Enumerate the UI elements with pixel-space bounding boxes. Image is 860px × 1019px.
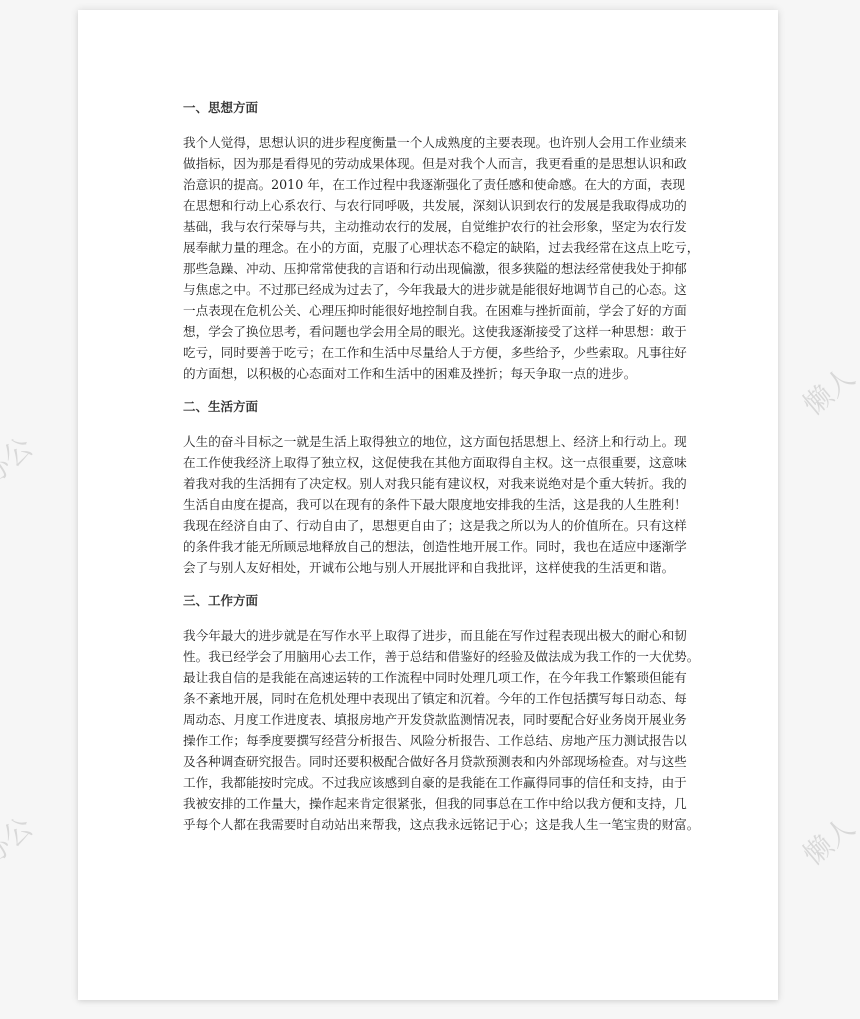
section-paragraph: 人生的奋斗目标之一就是生活上取得独立的地位，这方面包括思想上、经济上和行动上。现…: [183, 431, 675, 578]
text-line: 及各种调查研究报告。同时还要积极配合做好各月贷款预测表和内外部现场检查。对与这些: [183, 751, 673, 772]
section-heading: 二、生活方面: [183, 397, 675, 417]
text-line: 周动态、月度工作进度表、填报房地产开发贷款监测情况表，同时要配合好业务岗开展业务: [183, 709, 673, 730]
text-line: 性。我已经学会了用脑用心去工作，善于总结和借鉴好的经验及做法成为我工作的一大优势…: [183, 646, 673, 667]
text-line: 吃亏，同时要善于吃亏；在工作和生活中尽量给人于方便，多些给予，少些索取。凡事往好: [183, 342, 673, 363]
text-line: 我今年最大的进步就是在写作水平上取得了进步，而且能在写作过程表现出极大的耐心和韧: [183, 625, 673, 646]
watermark-right-top: 懒人: [794, 357, 860, 424]
watermark-left-top: 办公: [0, 427, 40, 494]
text-line: 想，学会了换位思考，看问题也学会用全局的眼光。这使我逐渐接受了这样一种思想：敢于: [183, 321, 673, 342]
text-line: 的方面想，以积极的心态面对工作和生活中的困难及挫折；每天争取一点的进步。: [183, 363, 673, 384]
section-paragraph: 我个人觉得，思想认识的进步程度衡量一个人成熟度的主要表现。也许别人会用工作业绩来…: [183, 132, 675, 384]
text-line: 展奉献力量的理念。在小的方面，克服了心理状态不稳定的缺陷，过去我经常在这点上吃亏…: [183, 237, 673, 258]
document-viewer[interactable]: 办公 办公 懒人 懒人 一、思想方面 我个人觉得，思想认识的进步程度衡量一个人成…: [0, 0, 860, 1019]
text-line: 在思想和行动上心系农行、与农行同呼吸，共发展，深刻认识到农行的发展是我取得成功的: [183, 195, 673, 216]
text-line: 治意识的提高。2010 年，在工作过程中我逐渐强化了责任感和使命感。在大的方面，…: [183, 174, 673, 195]
text-line: 在工作使我经济上取得了独立权，这促使我在其他方面取得自主权。这一点很重要，这意味: [183, 452, 673, 473]
section-thoughts: 一、思想方面 我个人觉得，思想认识的进步程度衡量一个人成熟度的主要表现。也许别人…: [183, 98, 675, 397]
text-line: 生活自由度在提高，我可以在现有的条件下最大限度地安排我的生活，这是我的人生胜利！: [183, 494, 673, 515]
text-line: 的条件我才能无所顾忌地释放自己的想法，创造性地开展工作。同时，我也在适应中逐渐学: [183, 536, 673, 557]
watermark-left-bottom: 办公: [0, 807, 40, 874]
section-work: 三、工作方面 我今年最大的进步就是在写作水平上取得了进步，而且能在写作过程表现出…: [183, 591, 675, 835]
text-line: 一点表现在危机公关、心理压抑时能很好地控制自我。在困难与挫折面前，学会了好的方面: [183, 300, 673, 321]
document-page: 一、思想方面 我个人觉得，思想认识的进步程度衡量一个人成熟度的主要表现。也许别人…: [78, 10, 778, 1000]
text-line: 与焦虑之中。不过那已经成为过去了，今年我最大的进步就是能很好地调节自己的心态。这: [183, 279, 673, 300]
text-line: 最让我自信的是我能在高速运转的工作流程中同时处理几项工作，在今年我工作繁琐但能有: [183, 667, 673, 688]
text-line: 会了与别人友好相处，开诚布公地与别人开展批评和自我批评，这样使我的生活更和谐。: [183, 557, 673, 578]
text-line: 着我对我的生活拥有了决定权。别人对我只能有建议权，对我来说绝对是个重大转折。我的: [183, 473, 673, 494]
text-line: 操作工作；每季度要撰写经营分析报告、风险分析报告、工作总结、房地产压力测试报告以: [183, 730, 673, 751]
text-line: 基础，我与农行荣辱与共，主动推动农行的发展，自觉维护农行的社会形象，坚定为农行发: [183, 216, 673, 237]
text-line: 乎每个人都在我需要时自动站出来帮我，这点我永远铭记于心；这是我人生一笔宝贵的财富…: [183, 814, 673, 835]
text-line: 工作，我都能按时完成。不过我应该感到自豪的是我能在工作赢得同事的信任和支持，由于: [183, 772, 673, 793]
text-line: 我现在经济自由了、行动自由了，思想更自由了；这是我之所以为人的价值所在。只有这样: [183, 515, 673, 536]
text-line: 做指标，因为那是看得见的劳动成果体现。但是对我个人而言，我更看重的是思想认识和政: [183, 153, 673, 174]
section-heading: 三、工作方面: [183, 591, 675, 611]
text-line: 条不紊地开展，同时在危机处理中表现出了镇定和沉着。今年的工作包括撰写每日动态、每: [183, 688, 673, 709]
text-line: 人生的奋斗目标之一就是生活上取得独立的地位，这方面包括思想上、经济上和行动上。现: [183, 431, 673, 452]
section-life: 二、生活方面 人生的奋斗目标之一就是生活上取得独立的地位，这方面包括思想上、经济…: [183, 397, 675, 591]
text-line: 那些急躁、冲动、压抑常常使我的言语和行动出现偏激，很多狭隘的想法经常使我处于抑郁: [183, 258, 673, 279]
section-heading: 一、思想方面: [183, 98, 675, 118]
text-line: 我个人觉得，思想认识的进步程度衡量一个人成熟度的主要表现。也许别人会用工作业绩来: [183, 132, 673, 153]
watermark-right-bottom: 懒人: [794, 807, 860, 874]
page-content: 一、思想方面 我个人觉得，思想认识的进步程度衡量一个人成熟度的主要表现。也许别人…: [183, 98, 675, 835]
text-line: 我被安排的工作量大，操作起来肯定很紧张，但我的同事总在工作中给以我方便和支持，几: [183, 793, 673, 814]
section-paragraph: 我今年最大的进步就是在写作水平上取得了进步，而且能在写作过程表现出极大的耐心和韧…: [183, 625, 675, 835]
